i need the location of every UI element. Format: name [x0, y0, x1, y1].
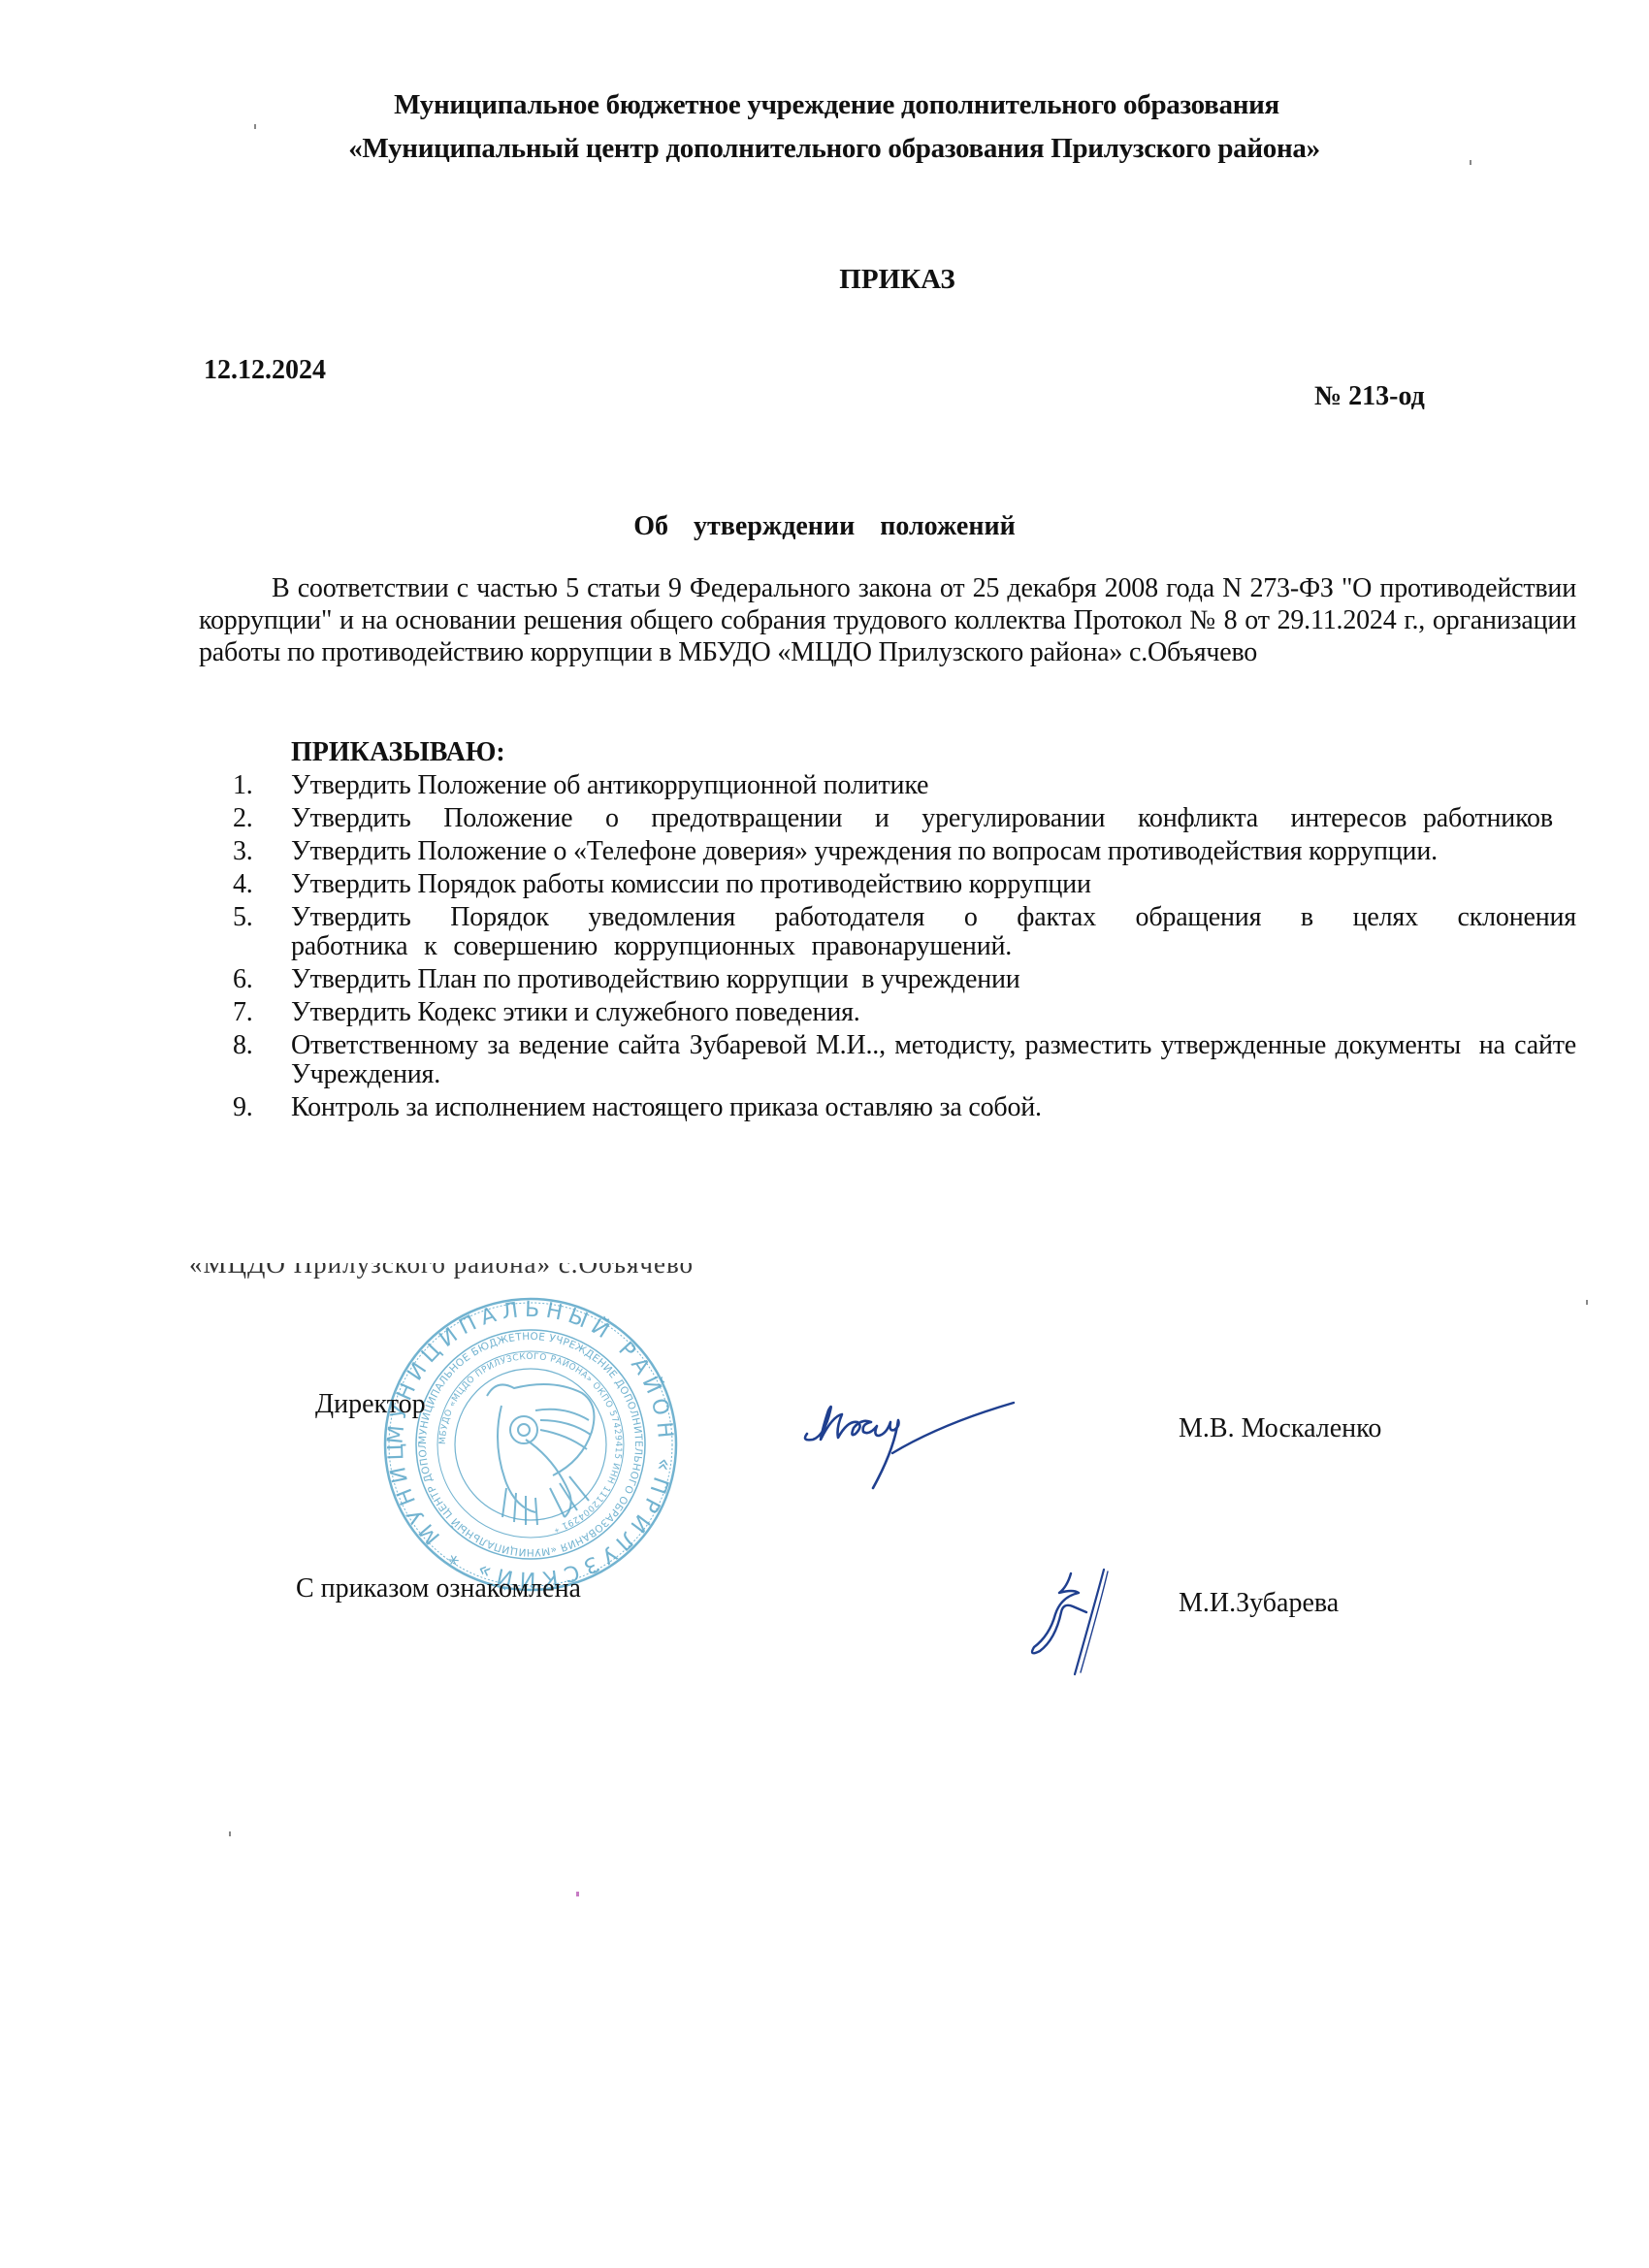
order-number: № 213-од [1314, 381, 1425, 412]
order-subject: Об утверждении положений [0, 511, 1649, 542]
list-item: 4.Утвердить Порядок работы комиссии по п… [233, 870, 1576, 899]
list-item: 6.Утвердить План по противодействию корр… [233, 965, 1576, 994]
acknowledgement-name: М.И.Зубарева [1179, 1588, 1339, 1619]
document-type-heading: ПРИКАЗ [0, 264, 1649, 296]
list-item: 1.Утвердить Положение об антикоррупционн… [233, 771, 1576, 800]
order-items-list: 1.Утвердить Положение об антикоррупционн… [233, 771, 1576, 1126]
scan-speck [576, 1892, 579, 1896]
organization-name-line1: Муниципальное бюджетное учреждение допол… [0, 89, 1649, 121]
scan-speck [254, 124, 256, 129]
list-item: 7.Утвердить Кодекс этики и служебного по… [233, 998, 1576, 1027]
list-item: 9.Контроль за исполнением настоящего при… [233, 1093, 1576, 1122]
clipped-text-line: «МЦДО Прилузского района» с.Объячево [189, 1263, 694, 1280]
scan-speck [1586, 1300, 1588, 1305]
official-stamp-icon: МУНИЦИПАЛЬНЫЙ РАЙОН «ПРИЛУЗСКИЙ» * МУНИЦ… [380, 1294, 681, 1595]
acknowledgement-signature-icon [1028, 1562, 1135, 1678]
director-label: Директор [315, 1389, 426, 1420]
list-item: 5.Утвердить Порядок уведомления работода… [233, 903, 1576, 961]
orders-heading: ПРИКАЗЫВАЮ: [291, 737, 505, 768]
director-signature-icon [795, 1387, 1018, 1504]
list-item: 8.Ответственному за ведение сайта Зубаре… [233, 1031, 1576, 1089]
acknowledgement-label: С приказом ознакомлена [296, 1573, 581, 1604]
organization-name-line2: «Муниципальный центр дополнительного обр… [0, 133, 1649, 165]
director-name: М.В. Москаленко [1179, 1413, 1381, 1444]
list-item: 2.Утвердить Положение о предотвращении и… [233, 804, 1576, 833]
scan-speck [1470, 160, 1471, 165]
list-item: 3.Утвердить Положение о «Телефоне довери… [233, 837, 1576, 866]
scan-speck [229, 1831, 231, 1836]
order-date: 12.12.2024 [204, 355, 326, 386]
preamble-paragraph: В соответствии с частью 5 статьи 9 Федер… [199, 572, 1576, 668]
